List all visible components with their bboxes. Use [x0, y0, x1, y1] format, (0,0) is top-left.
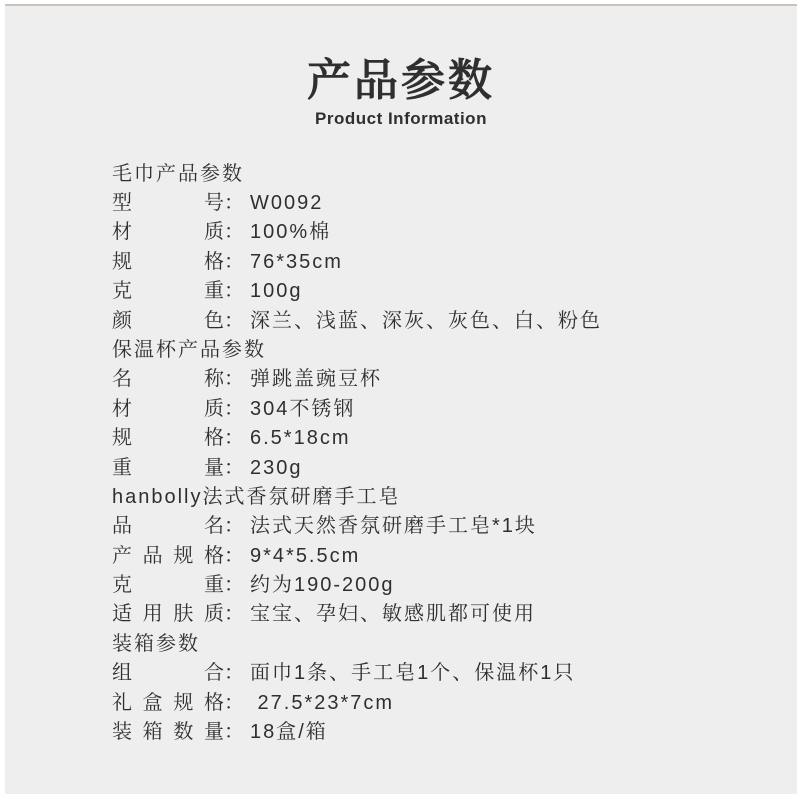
spec-value: 面巾1条、手工皂1个、保温杯1只 [250, 659, 575, 688]
spec-colon: ： [224, 189, 246, 218]
spec-label-char: 适 [112, 600, 132, 629]
spec-label-char: 规 [112, 248, 132, 277]
spec-row: 产品规格：9*4*5.5cm [112, 542, 757, 571]
spec-colon: ： [224, 424, 246, 453]
spec-label-char: 组 [112, 659, 132, 688]
spec-value: 宝宝、孕妇、敏感肌都可使用 [250, 600, 536, 629]
spec-label-char: 盒 [143, 689, 163, 718]
spec-label-char: 质 [204, 600, 224, 629]
spec-row: 规格：6.5*18cm [112, 424, 757, 453]
spec-row: 适用肤质：宝宝、孕妇、敏感肌都可使用 [112, 600, 757, 629]
spec-label: 规格 [112, 424, 224, 453]
spec-colon: ： [224, 659, 246, 688]
spec-value: 弹跳盖豌豆杯 [250, 365, 382, 394]
spec-value: 约为190-200g [250, 571, 395, 600]
spec-label-char: 规 [173, 542, 193, 571]
spec-row: 规格：76*35cm [112, 248, 757, 277]
spec-row: 名称：弹跳盖豌豆杯 [112, 365, 757, 394]
spec-label-char: 箱 [143, 718, 163, 747]
spec-label: 型号 [112, 189, 224, 218]
spec-label-char: 格 [204, 689, 224, 718]
spec-row: 装箱数量：18盒/箱 [112, 718, 757, 747]
spec-colon: ： [224, 689, 246, 718]
spec-row: 品名：法式天然香氛研磨手工皂*1块 [112, 512, 757, 541]
spec-label-char: 肤 [173, 600, 193, 629]
page-header: 产品参数 Product Information [5, 56, 797, 129]
spec-list: 毛巾产品参数型号：W0092材质：100%棉规格：76*35cm克重：100g颜… [112, 160, 757, 748]
spec-label: 礼盒规格 [112, 689, 224, 718]
spec-colon: ： [224, 307, 246, 336]
section-heading-text: 装箱参数 [112, 630, 200, 659]
spec-label-char: 数 [173, 718, 193, 747]
spec-label-char: 装 [112, 718, 132, 747]
spec-value: 法式天然香氛研磨手工皂*1块 [250, 512, 537, 541]
spec-colon: ： [224, 218, 246, 247]
spec-row: 颜色：深兰、浅蓝、深灰、灰色、白、粉色 [112, 307, 757, 336]
spec-label-char: 质 [204, 218, 224, 247]
spec-label: 组合 [112, 659, 224, 688]
section-heading: 保温杯产品参数 [112, 336, 757, 365]
spec-row: 重量：230g [112, 454, 757, 483]
spec-label-char: 规 [112, 424, 132, 453]
spec-label-char: 克 [112, 277, 132, 306]
spec-label-char: 重 [204, 571, 224, 600]
section-heading: hanbolly法式香氛研磨手工皂 [112, 483, 757, 512]
page-title: 产品参数 [5, 56, 797, 107]
spec-label-char: 名 [112, 365, 132, 394]
section-heading-text: 毛巾产品参数 [112, 160, 244, 189]
spec-value: 6.5*18cm [250, 424, 351, 453]
spec-value: 18盒/箱 [250, 718, 328, 747]
spec-value: 深兰、浅蓝、深灰、灰色、白、粉色 [250, 307, 602, 336]
spec-label-char: 量 [204, 454, 224, 483]
spec-label-char: 色 [204, 307, 224, 336]
spec-label-char: 礼 [112, 689, 132, 718]
spec-label-char: 材 [112, 395, 132, 424]
spec-label-char: 量 [204, 718, 224, 747]
spec-label: 品名 [112, 512, 224, 541]
spec-colon: ： [224, 454, 246, 483]
section-heading-text: 保温杯产品参数 [112, 336, 266, 365]
spec-row: 克重：约为190-200g [112, 571, 757, 600]
spec-label: 材质 [112, 218, 224, 247]
section-heading: 毛巾产品参数 [112, 160, 757, 189]
section-heading-text: hanbolly法式香氛研磨手工皂 [112, 483, 401, 512]
spec-row: 礼盒规格： 27.5*23*7cm [112, 689, 757, 718]
spec-label: 材质 [112, 395, 224, 424]
spec-label-char: 克 [112, 571, 132, 600]
spec-label: 克重 [112, 277, 224, 306]
spec-label-char: 质 [204, 395, 224, 424]
spec-label-char: 格 [204, 542, 224, 571]
spec-label-char: 合 [204, 659, 224, 688]
spec-label-char: 重 [112, 454, 132, 483]
page-subtitle: Product Information [5, 109, 797, 129]
spec-label: 装箱数量 [112, 718, 224, 747]
spec-value: 9*4*5.5cm [250, 542, 360, 571]
spec-label-char: 产 [112, 542, 132, 571]
spec-value: 230g [250, 454, 303, 483]
spec-value: W0092 [250, 189, 323, 218]
spec-label: 名称 [112, 365, 224, 394]
spec-label-char: 型 [112, 189, 132, 218]
spec-label-char: 名 [204, 512, 224, 541]
spec-row: 型号：W0092 [112, 189, 757, 218]
spec-colon: ： [224, 718, 246, 747]
spec-colon: ： [224, 571, 246, 600]
spec-colon: ： [224, 512, 246, 541]
spec-label-char: 规 [173, 689, 193, 718]
spec-label: 产品规格 [112, 542, 224, 571]
spec-label-char: 材 [112, 218, 132, 247]
spec-label-char: 品 [143, 542, 163, 571]
spec-colon: ： [224, 395, 246, 424]
spec-label-char: 颜 [112, 307, 132, 336]
spec-label: 规格 [112, 248, 224, 277]
spec-label: 颜色 [112, 307, 224, 336]
spec-value: 100%棉 [250, 218, 331, 247]
spec-row: 材质：304不锈钢 [112, 395, 757, 424]
spec-colon: ： [224, 365, 246, 394]
spec-label-char: 格 [204, 248, 224, 277]
spec-colon: ： [224, 277, 246, 306]
spec-value: 76*35cm [250, 248, 343, 277]
spec-row: 材质：100%棉 [112, 218, 757, 247]
section-heading: 装箱参数 [112, 630, 757, 659]
spec-label: 适用肤质 [112, 600, 224, 629]
spec-label: 重量 [112, 454, 224, 483]
spec-value: 304不锈钢 [250, 395, 355, 424]
product-info-panel: 产品参数 Product Information 毛巾产品参数型号：W0092材… [5, 4, 797, 794]
spec-label-char: 称 [204, 365, 224, 394]
spec-colon: ： [224, 542, 246, 571]
spec-colon: ： [224, 600, 246, 629]
spec-colon: ： [224, 248, 246, 277]
spec-label: 克重 [112, 571, 224, 600]
spec-value: 27.5*23*7cm [250, 689, 394, 718]
spec-row: 组合：面巾1条、手工皂1个、保温杯1只 [112, 659, 757, 688]
spec-label-char: 格 [204, 424, 224, 453]
spec-label-char: 重 [204, 277, 224, 306]
spec-row: 克重：100g [112, 277, 757, 306]
spec-label-char: 品 [112, 512, 132, 541]
spec-label-char: 用 [143, 600, 163, 629]
spec-label-char: 号 [204, 189, 224, 218]
spec-value: 100g [250, 277, 303, 306]
